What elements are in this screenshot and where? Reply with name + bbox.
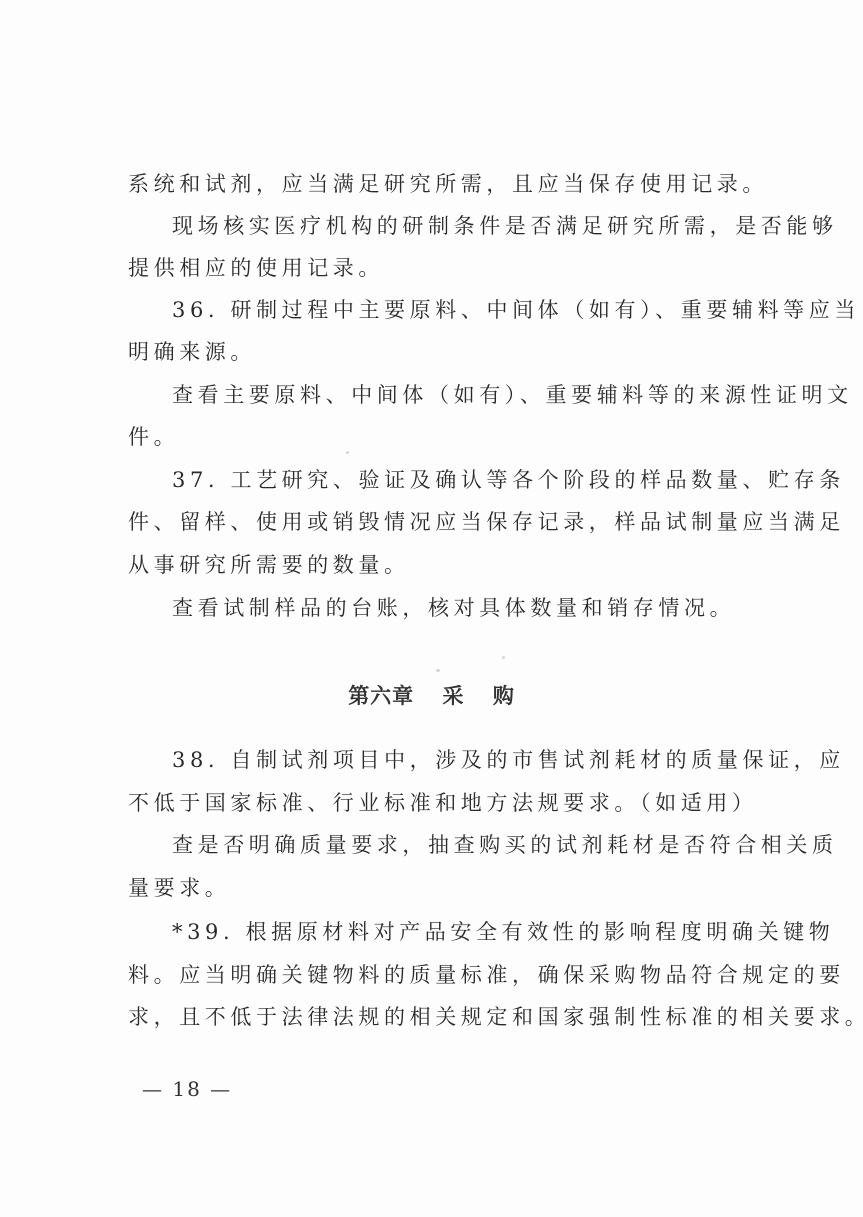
- item-36-line: 明确来源。: [128, 338, 758, 366]
- chapter-title-part: 购: [493, 684, 515, 708]
- scan-speck: [346, 451, 349, 454]
- chapter-number: 第六章: [348, 684, 414, 708]
- item-37-line: 件、留样、使用或销毁情况应当保存记录，样品试制量应当满足: [128, 508, 758, 536]
- document-page: 系统和试剂，应当满足研究所需，且应当保存使用记录。 现场核实医疗机构的研制条件是…: [0, 0, 863, 1217]
- paragraph-line: 系统和试剂，应当满足研究所需，且应当保存使用记录。: [128, 170, 758, 198]
- item-38-line: 不低于国家标准、行业标准和地方法规要求。（如适用）: [128, 789, 758, 817]
- item-37-line: 37. 工艺研究、验证及确认等各个阶段的样品数量、贮存条: [172, 466, 802, 494]
- paragraph-line: 查看试制样品的台账，核对具体数量和销存情况。: [172, 594, 802, 622]
- item-39-line: *39. 根据原材料对产品安全有效性的影响程度明确关键物: [172, 918, 802, 946]
- scan-speck: [436, 669, 440, 672]
- item-37-line: 从事研究所需要的数量。: [128, 551, 758, 579]
- item-36-line: 36. 研制过程中主要原料、中间体（如有）、重要辅料等应当: [172, 296, 802, 324]
- scan-speck: [502, 656, 505, 659]
- paragraph-line: 提供相应的使用记录。: [128, 254, 758, 282]
- item-39-line: 求，且不低于法律法规的相关规定和国家强制性标准的相关要求。: [128, 1003, 758, 1031]
- item-38-line: 38. 自制试剂项目中，涉及的市售试剂耗材的质量保证，应: [172, 746, 802, 774]
- paragraph-line: 查看主要原料、中间体（如有）、重要辅料等的来源性证明文: [172, 381, 802, 409]
- paragraph-line: 量要求。: [128, 874, 758, 902]
- chapter-title-part: 采: [443, 684, 465, 708]
- paragraph-line: 查是否明确质量要求，抽查购买的试剂耗材是否符合相关质: [172, 831, 802, 859]
- paragraph-line: 件。: [128, 423, 758, 451]
- item-39-line: 料。应当明确关键物料的质量标准，确保采购物品符合规定的要: [128, 961, 758, 989]
- page-number: — 18 —: [142, 1076, 232, 1102]
- paragraph-line: 现场核实医疗机构的研制条件是否满足研究所需，是否能够: [172, 212, 802, 240]
- chapter-heading: 第六章 采 购: [0, 682, 863, 710]
